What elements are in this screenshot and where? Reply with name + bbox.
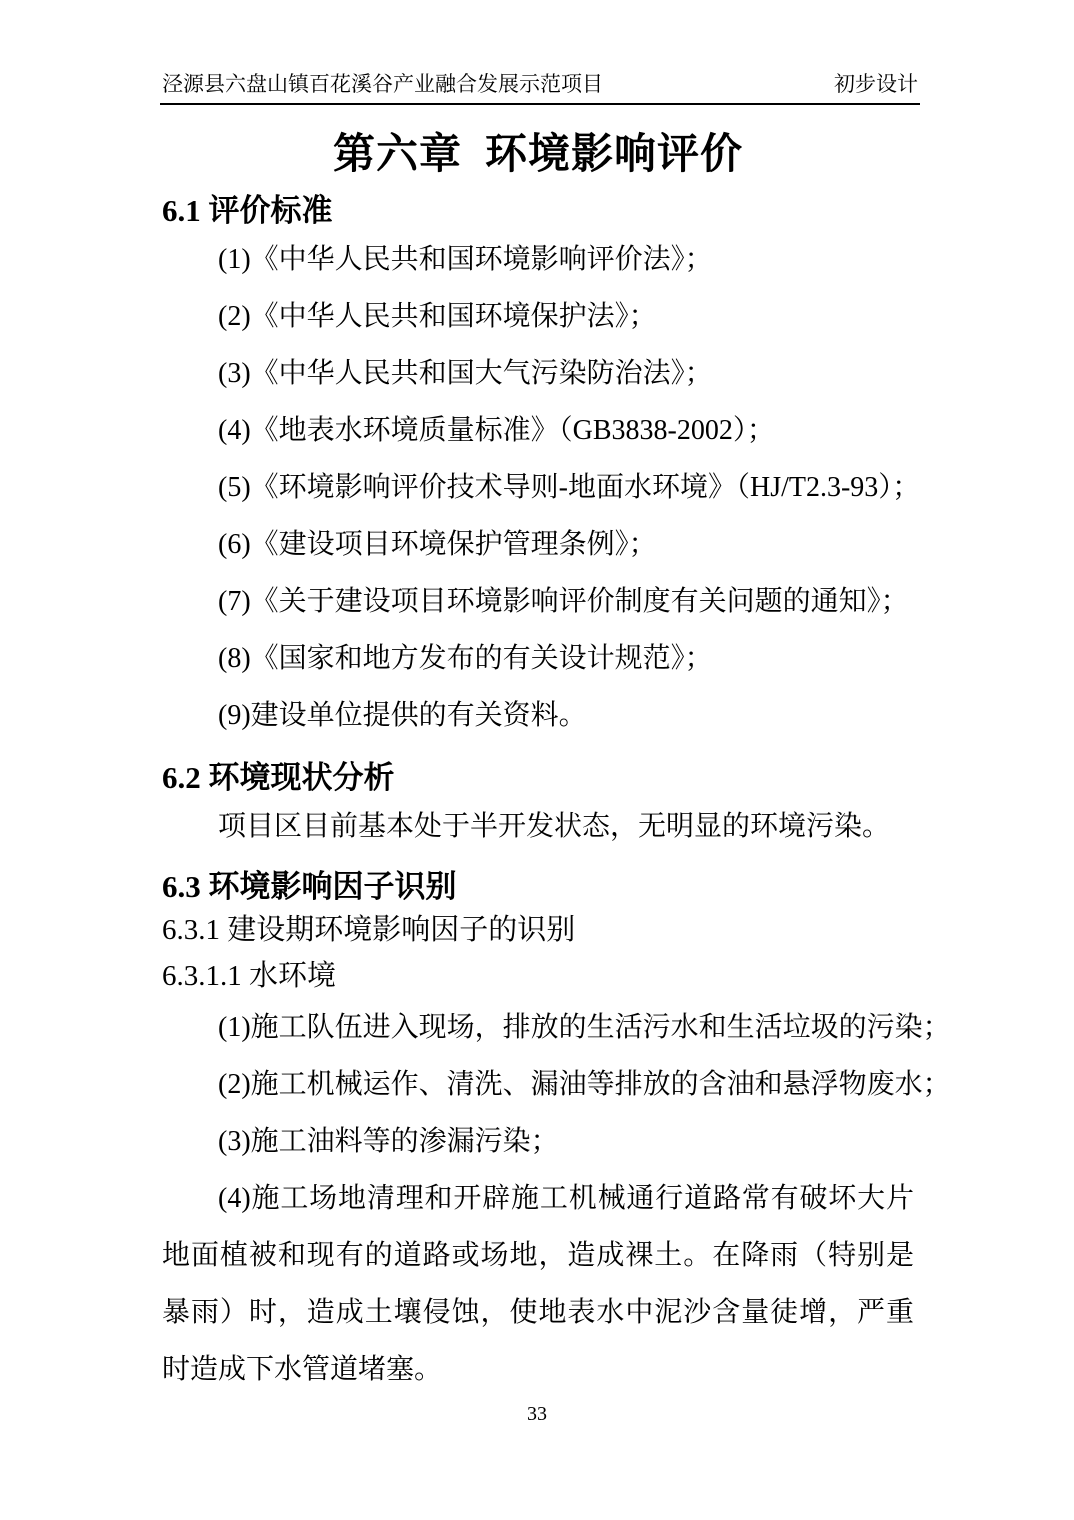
list-item-standard-3: (3)《中华人民共和国大气污染防治法》； xyxy=(162,345,914,402)
section-6-3-heading: 6.3 环境影响因子识别 xyxy=(162,867,914,907)
list-item-standard-8: (8)《国家和地方发布的有关设计规范》； xyxy=(162,630,914,687)
section-6-2-paragraph: 项目区目前基本处于半开发状态，无明显的环境污染。 xyxy=(162,798,914,855)
list-item-water-3: (3)施工油料等的渗漏污染； xyxy=(162,1113,914,1170)
page-footer: 33 xyxy=(0,1400,1074,1428)
list-item-water-4: (4)施工场地清理和开辟施工机械通行道路常有破坏大片地面植被和现有的道路或场地，… xyxy=(162,1170,914,1398)
section-6-2-heading: 6.2 环境现状分析 xyxy=(162,758,914,798)
page-number: 33 xyxy=(527,1403,547,1425)
header-project-title: 泾源县六盘山镇百花溪谷产业融合发展示范项目 xyxy=(162,70,603,98)
chapter-title: 第六章 环境影响评价 xyxy=(162,129,914,181)
list-item-standard-2: (2)《中华人民共和国环境保护法》； xyxy=(162,288,914,345)
page-header: 泾源县六盘山镇百花溪谷产业融合发展示范项目 初步设计 xyxy=(160,0,920,105)
header-doc-type: 初步设计 xyxy=(834,70,918,98)
list-item-standard-9: (9)建设单位提供的有关资料。 xyxy=(162,687,914,744)
section-6-1-heading: 6.1 评价标准 xyxy=(162,191,914,231)
document-page: 泾源县六盘山镇百花溪谷产业融合发展示范项目 初步设计 第六章 环境影响评价 6.… xyxy=(0,0,1074,1520)
list-item-standard-1: (1)《中华人民共和国环境影响评价法》； xyxy=(162,231,914,288)
document-body: 第六章 环境影响评价 6.1 评价标准 (1)《中华人民共和国环境影响评价法》；… xyxy=(162,129,914,1398)
list-item-standard-7: (7)《关于建设项目环境影响评价制度有关问题的通知》； xyxy=(162,573,914,630)
list-item-water-1: (1)施工队伍进入现场，排放的生活污水和生活垃圾的污染； xyxy=(162,999,914,1056)
list-item-standard-6: (6)《建设项目环境保护管理条例》； xyxy=(162,516,914,573)
list-item-standard-5: (5)《环境影响评价技术导则-地面水环境》（HJ/T2.3-93）； xyxy=(162,459,914,516)
subsection-6-3-1-heading: 6.3.1 建设期环境影响因子的识别 xyxy=(162,907,914,953)
list-item-standard-4: (4)《地表水环境质量标准》（GB3838-2002）； xyxy=(162,402,914,459)
list-item-water-2: (2)施工机械运作、清洗、漏油等排放的含油和悬浮物废水； xyxy=(162,1056,914,1113)
subsection-6-3-1-1-heading: 6.3.1.1 水环境 xyxy=(162,953,914,999)
